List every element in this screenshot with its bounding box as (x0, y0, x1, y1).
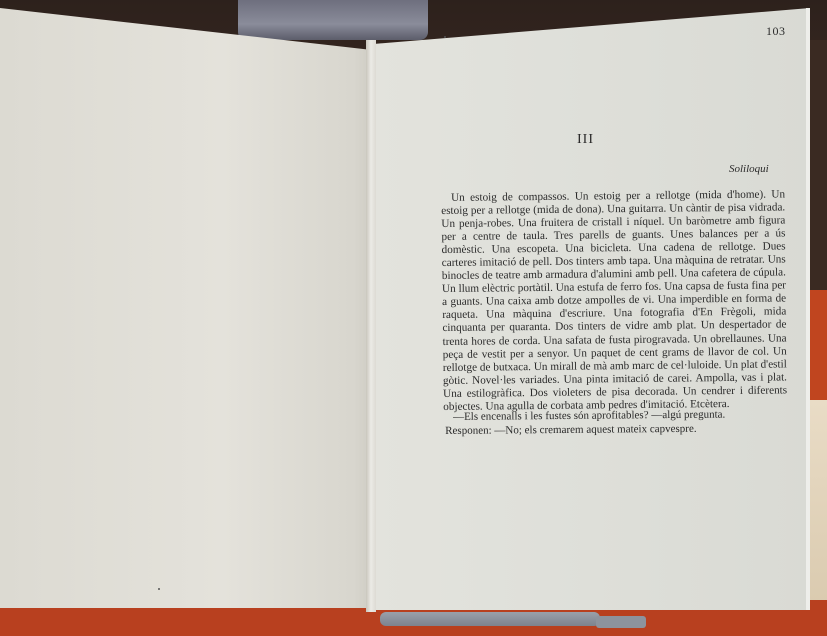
background-object (238, 0, 428, 40)
background-dark-right (810, 40, 827, 290)
dialogue-block: —Els encenalls i les fustes són aprofita… (445, 407, 785, 438)
background-red-right (810, 290, 827, 400)
body-paragraph: Un estoig de compassos. Un estoig per a … (441, 188, 787, 413)
book-stand-bar (380, 612, 600, 626)
page-number: 103 (766, 24, 786, 39)
book-stand-clip (596, 616, 646, 628)
section-title: Soliloqui (729, 163, 769, 175)
chapter-numeral: III (577, 132, 594, 148)
paper-speck (158, 588, 160, 590)
dialogue-line: Responen: —No; els cremarem aquest matei… (445, 421, 785, 438)
left-page-blank (0, 8, 372, 608)
paper-speck (444, 36, 446, 38)
book-gutter (366, 40, 376, 612)
page-edge (806, 8, 810, 610)
